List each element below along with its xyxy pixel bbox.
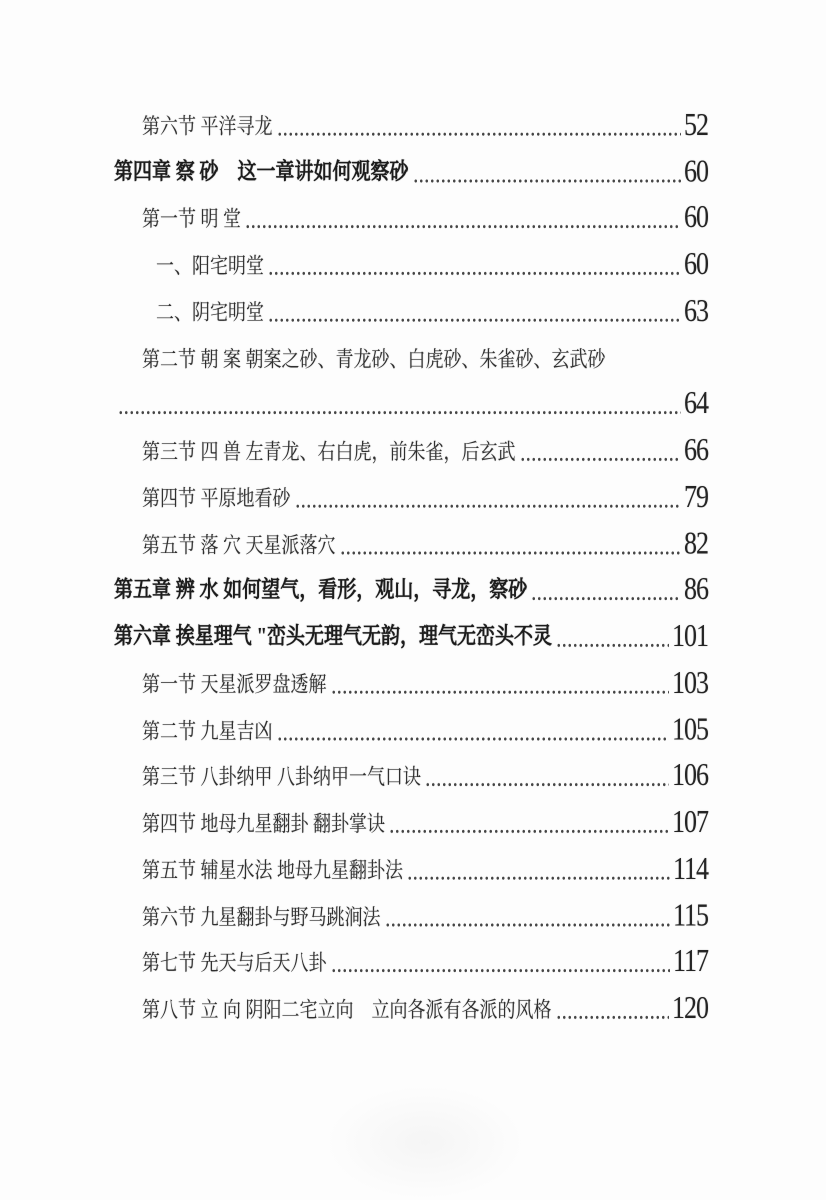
dot-leader bbox=[520, 458, 682, 462]
dot-leader bbox=[245, 225, 681, 229]
toc-entry-title: 第六章 挨星理气 "峦头无理气无韵，理气无峦头不灵 bbox=[114, 626, 552, 649]
toc-section-entry: 第七节 先天与后天八卦 117 bbox=[142, 937, 708, 984]
toc-entry-title: 第六节 平洋寻龙 bbox=[142, 115, 273, 137]
table-of-contents: 第六节 平洋寻龙 52 第四章 察 砂 这一章讲如何观察砂 60 第一节 明 堂… bbox=[0, 100, 826, 1030]
toc-entry-title: 第五章 辨 水 如何望气，看形，观山，寻龙，察砂 bbox=[114, 579, 527, 602]
toc-entry-title: 第五节 辅星水法 地母九星翻卦法 bbox=[142, 859, 403, 881]
dot-leader bbox=[425, 783, 669, 787]
toc-entry-title: 一、阳宅明堂 bbox=[156, 255, 264, 277]
toc-entry-title: 第四节 平原地看砂 bbox=[142, 487, 291, 509]
dot-leader bbox=[407, 876, 670, 880]
toc-section-entry: 第二节 九星吉凶 105 bbox=[142, 705, 708, 752]
toc-entry-page: 60 bbox=[684, 156, 708, 187]
toc-entry-title: 第六节 九星翻卦与野马跳涧法 bbox=[142, 906, 381, 928]
toc-section-entry: 第五节 落 穴 天星派落穴 82 bbox=[142, 519, 708, 566]
toc-continuation-row: 64 bbox=[114, 379, 708, 426]
toc-entry-title: 第七节 先天与后天八卦 bbox=[142, 952, 327, 974]
toc-entry-page: 79 bbox=[684, 481, 708, 512]
toc-subsection-entry: 二、阴宅明堂 63 bbox=[156, 286, 708, 333]
toc-entry-page: 64 bbox=[684, 388, 708, 419]
dot-leader bbox=[413, 179, 681, 183]
dot-leader bbox=[118, 411, 681, 415]
toc-entry-page: 60 bbox=[684, 249, 708, 280]
toc-entry-title: 第二节 九星吉凶 bbox=[142, 720, 273, 742]
toc-entry-title: 第三节 四 兽 左青龙、右白虎，前朱雀，后玄武 bbox=[142, 441, 516, 463]
toc-section-entry: 第三节 四 兽 左青龙、右白虎，前朱雀，后玄武 66 bbox=[142, 426, 708, 473]
dot-leader bbox=[277, 737, 670, 741]
toc-section-entry: 第二节 朝 案 朝案之砂、青龙砂、白虎砂、朱雀砂、玄武砂 bbox=[142, 333, 708, 380]
dot-leader bbox=[295, 504, 682, 508]
toc-entry-page: 114 bbox=[673, 853, 708, 884]
toc-entry-title: 二、阴宅明堂 bbox=[156, 301, 264, 323]
dot-leader bbox=[340, 551, 682, 555]
toc-entry-page: 103 bbox=[672, 667, 708, 698]
dot-leader bbox=[331, 969, 670, 973]
toc-entry-title: 第一节 明 堂 bbox=[142, 208, 241, 230]
toc-entry-page: 101 bbox=[672, 621, 708, 652]
toc-section-entry: 第一节 明 堂 60 bbox=[142, 193, 708, 240]
toc-entry-page: 107 bbox=[672, 807, 708, 838]
toc-entry-title: 第二节 朝 案 朝案之砂、青龙砂、白虎砂、朱雀砂、玄武砂 bbox=[142, 348, 606, 370]
document-page: 第六节 平洋寻龙 52 第四章 察 砂 这一章讲如何观察砂 60 第一节 明 堂… bbox=[0, 0, 826, 1200]
toc-section-entry: 第一节 天星派罗盘透解 103 bbox=[142, 658, 708, 705]
toc-entry-title: 第三节 八卦纳甲 八卦纳甲一气口诀 bbox=[142, 766, 421, 788]
dot-leader bbox=[389, 830, 669, 834]
toc-section-entry: 第四节 地母九星翻卦 翻卦掌诀 107 bbox=[142, 798, 708, 845]
toc-section-entry: 第三节 八卦纳甲 八卦纳甲一气口诀 106 bbox=[142, 751, 708, 798]
toc-entry-page: 117 bbox=[673, 946, 708, 977]
toc-entry-page: 86 bbox=[684, 574, 708, 605]
toc-entry-page: 52 bbox=[684, 109, 708, 140]
toc-section-entry: 第四节 平原地看砂 79 bbox=[142, 472, 708, 519]
toc-entry-title: 第一节 天星派罗盘透解 bbox=[142, 673, 327, 695]
dot-leader bbox=[268, 272, 681, 276]
toc-section-entry: 第六节 平洋寻龙 52 bbox=[142, 100, 708, 147]
toc-chapter-entry: 第六章 挨星理气 "峦头无理气无韵，理气无峦头不灵 101 bbox=[114, 612, 708, 659]
toc-chapter-entry: 第五章 辨 水 如何望气，看形，观山，寻龙，察砂 86 bbox=[114, 565, 708, 612]
toc-chapter-entry: 第四章 察 砂 这一章讲如何观察砂 60 bbox=[114, 147, 708, 194]
toc-subsection-entry: 一、阳宅明堂 60 bbox=[156, 240, 708, 287]
toc-entry-page: 82 bbox=[684, 528, 708, 559]
dot-leader bbox=[331, 690, 670, 694]
toc-entry-title: 第四节 地母九星翻卦 翻卦掌诀 bbox=[142, 813, 385, 835]
toc-entry-title: 第八节 立 向 阴阳二宅立向 立向各派有各派的风格 bbox=[142, 999, 552, 1021]
toc-entry-page: 105 bbox=[672, 714, 708, 745]
toc-entry-page: 63 bbox=[684, 295, 708, 326]
toc-entry-page: 66 bbox=[684, 435, 708, 466]
toc-section-entry: 第五节 辅星水法 地母九星翻卦法 114 bbox=[142, 844, 708, 891]
dot-leader bbox=[277, 132, 682, 136]
toc-entry-title: 第五节 落 穴 天星派落穴 bbox=[142, 534, 336, 556]
toc-entry-page: 115 bbox=[673, 900, 708, 931]
toc-entry-page: 60 bbox=[684, 202, 708, 233]
dot-leader bbox=[268, 318, 681, 322]
dot-leader bbox=[385, 923, 670, 927]
scan-artifact bbox=[325, 1085, 525, 1200]
dot-leader bbox=[556, 644, 669, 648]
toc-entry-page: 106 bbox=[672, 760, 708, 791]
toc-entry-page: 120 bbox=[672, 993, 708, 1024]
dot-leader bbox=[531, 597, 681, 601]
toc-entry-title: 第四章 察 砂 这一章讲如何观察砂 bbox=[114, 161, 409, 184]
toc-section-entry: 第六节 九星翻卦与野马跳涧法 115 bbox=[142, 891, 708, 938]
dot-leader bbox=[556, 1016, 670, 1020]
toc-section-entry: 第八节 立 向 阴阳二宅立向 立向各派有各派的风格 120 bbox=[142, 984, 708, 1030]
